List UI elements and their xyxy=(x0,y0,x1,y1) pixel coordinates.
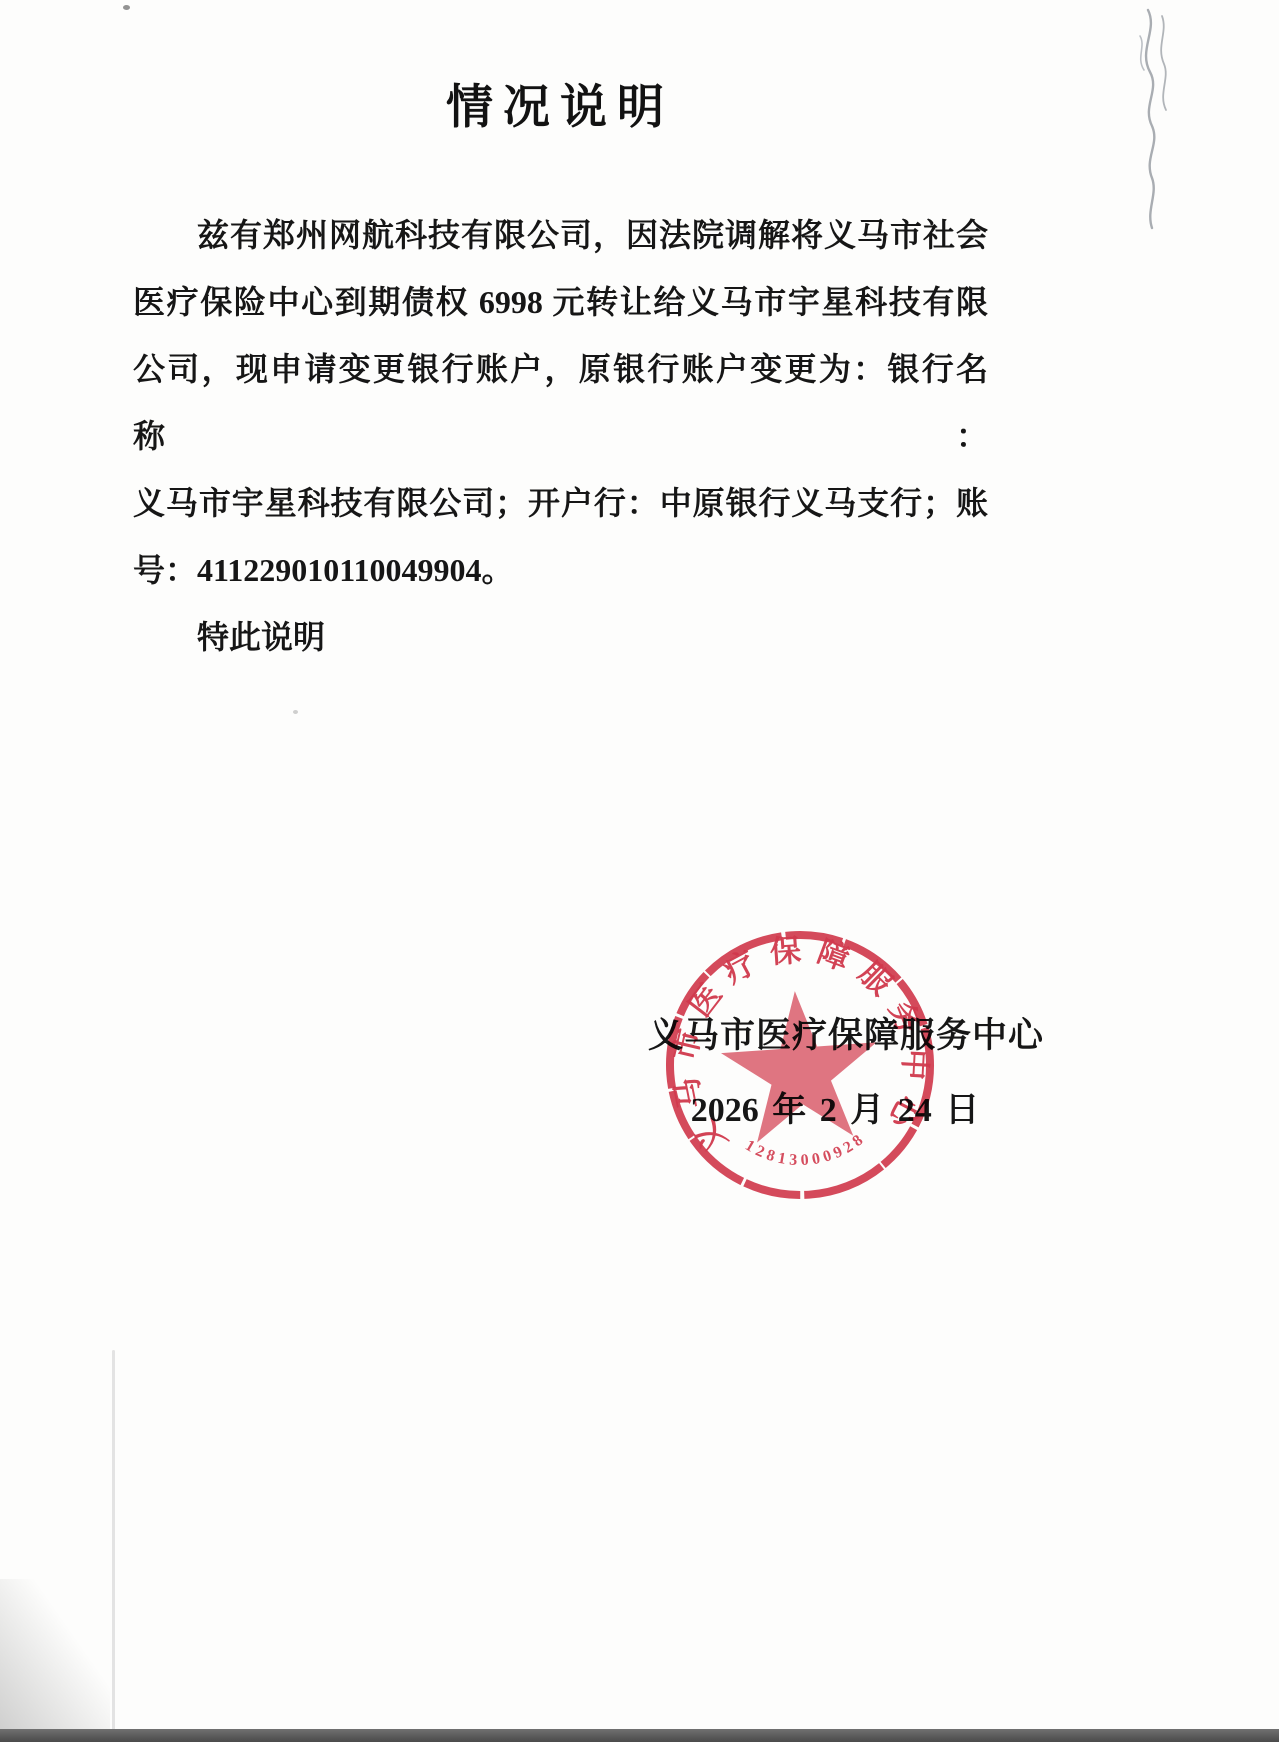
scan-bottom-edge xyxy=(0,1729,1279,1742)
scan-speck xyxy=(123,5,130,10)
body-line: 公司，现申请变更银行账户，原银行账户变更为：银行名称： xyxy=(133,336,988,470)
official-seal: 义马市医疗保障服务中心 12813000928 xyxy=(640,905,960,1225)
body-line: 兹有郑州网航科技有限公司，因法院调解将义马市社会 xyxy=(133,202,988,269)
body-line: 义马市宇星科技有限公司；开户行：中原银行义马支行；账 xyxy=(133,470,988,537)
scan-edge-shadow xyxy=(112,1350,115,1730)
body-line-closing: 特此说明 xyxy=(133,604,988,671)
margin-handwriting-mark xyxy=(1118,6,1182,236)
scanned-document-page: 情况说明 兹有郑州网航科技有限公司，因法院调解将义马市社会 医疗保险中心到期债权… xyxy=(0,0,1279,1742)
document-title: 情况说明 xyxy=(0,70,1120,137)
scan-corner-shadow xyxy=(0,1579,110,1729)
document-body: 兹有郑州网航科技有限公司，因法院调解将义马市社会 医疗保险中心到期债权 6998… xyxy=(133,202,988,671)
body-line-account-number: 号：411229010110049904。 xyxy=(133,537,988,604)
body-line: 医疗保险中心到期债权 6998 元转让给义马市宇星科技有限 xyxy=(133,269,988,336)
seal-star-icon xyxy=(717,986,883,1145)
scan-speck xyxy=(293,710,298,714)
